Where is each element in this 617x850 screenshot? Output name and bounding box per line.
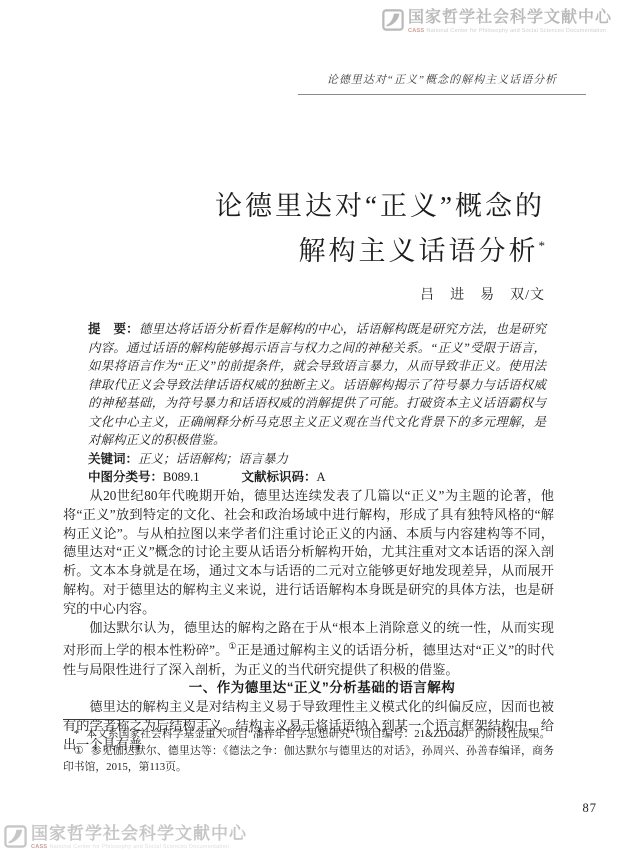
body-paragraph-2: 伽达默尔认为，德里达的解构之路在于从“根本上消除意义的统一性，从而实现对形而上学… <box>63 619 554 680</box>
watermark-brand-en-text: National Center for Philosophy and Socia… <box>426 28 606 34</box>
footnote-star-text: 本文系国家社会科学基金重大项目“潘梓年哲学思想研究”（项目编号：21&ZD048… <box>86 728 550 740</box>
article-title-line2-text: 解构主义话语分析 <box>299 236 539 266</box>
ncpssd-logo-icon <box>382 9 404 31</box>
clc-value: B089.1 <box>163 470 199 484</box>
title-block: 论德里达对“正义”概念的 解构主义话语分析* 吕 进 易 双/文 <box>215 186 545 304</box>
classification-line: 中图分类号：B089.1文献标识码：A <box>88 468 546 487</box>
body-text: 从20世纪80年代晚期开始，德里达连续发表了几篇以“正义”为主题的论著，他将“正… <box>63 487 554 755</box>
footnote-1-text: 参见伽达默尔、德里达等：《德法之争：伽达默尔与德里达的对话》，孙周兴、孙善春编译… <box>63 745 554 774</box>
footnotes-block: *本文系国家社会科学基金重大项目“潘梓年哲学思想研究”（项目编号：21&ZD04… <box>63 726 554 776</box>
page-number: 87 <box>583 801 598 816</box>
running-header: 论德里达对“正义”概念的解构主义话语分析 <box>298 71 586 95</box>
ncpssd-logo-icon-bottom <box>4 825 27 848</box>
watermark-bottom-brand-en: CASSNational Center for Philosophy and S… <box>31 844 247 850</box>
watermark-text-block: 国家哲学社会科学文献中心 CASSNational Center for Phi… <box>408 9 612 34</box>
keywords-label: 关键词： <box>88 452 138 466</box>
watermark-top-right: 国家哲学社会科学文献中心 CASSNational Center for Phi… <box>382 9 612 34</box>
watermark-brand-cn: 国家哲学社会科学文献中心 <box>408 9 612 27</box>
author-byline: 吕 进 易 双/文 <box>215 284 545 304</box>
article-title-line1: 论德里达对“正义”概念的 <box>215 186 545 226</box>
keywords-value: 正义；话语解构；语言暴力 <box>138 452 288 466</box>
body-paragraph-1: 从20世纪80年代晚期开始，德里达连续发表了几篇以“正义”为主题的论著，他将“正… <box>63 487 554 619</box>
abstract-paragraph: 提 要：德里达将话语分析看作是解构的中心，话语解构既是研究方法，也是研究内容。通… <box>88 320 546 450</box>
doc-code-value: A <box>317 470 326 484</box>
watermark-bottom-brand-en-text: National Center for Philosophy and Socia… <box>49 844 229 850</box>
watermark-bottom-left: 国家哲学社会科学文献中心 CASSNational Center for Phi… <box>4 825 247 850</box>
watermark-brand-abbr: CASS <box>408 28 424 34</box>
watermark-bottom-text-block: 国家哲学社会科学文献中心 CASSNational Center for Phi… <box>31 825 247 850</box>
abstract-text: 德里达将话语分析看作是解构的中心，话语解构既是研究方法，也是研究内容。通过话语的… <box>88 322 546 447</box>
title-asterisk: * <box>539 238 546 253</box>
footnote-divider <box>63 719 211 720</box>
footnote-ref-1: ① <box>228 641 236 651</box>
abstract-label: 提 要： <box>88 322 139 336</box>
watermark-bottom-brand-abbr: CASS <box>31 844 47 850</box>
watermark-brand-en: CASSNational Center for Philosophy and S… <box>408 28 612 34</box>
paper-page: 国家哲学社会科学文献中心 CASSNational Center for Phi… <box>0 0 617 850</box>
footnote-star: *本文系国家社会科学基金重大项目“潘梓年哲学思想研究”（项目编号：21&ZD04… <box>63 726 554 743</box>
footnote-1: ①参见伽达默尔、德里达等：《德法之争：伽达默尔与德里达的对话》，孙周兴、孙善春编… <box>63 743 554 776</box>
keywords-line: 关键词：正义；话语解构；语言暴力 <box>88 450 546 469</box>
doc-code-label: 文献标识码： <box>241 470 316 484</box>
abstract-block: 提 要：德里达将话语分析看作是解构的中心，话语解构既是研究方法，也是研究内容。通… <box>88 320 546 487</box>
watermark-bottom-brand-cn: 国家哲学社会科学文献中心 <box>31 825 247 843</box>
clc-label: 中图分类号： <box>88 470 163 484</box>
footnote-star-marker: * <box>74 728 79 740</box>
section-1-heading: 一、作为德里达“正义”分析基础的语言解构 <box>63 679 554 698</box>
footnote-1-marker: ① <box>74 745 84 757</box>
article-title-line2: 解构主义话语分析* <box>215 226 545 271</box>
